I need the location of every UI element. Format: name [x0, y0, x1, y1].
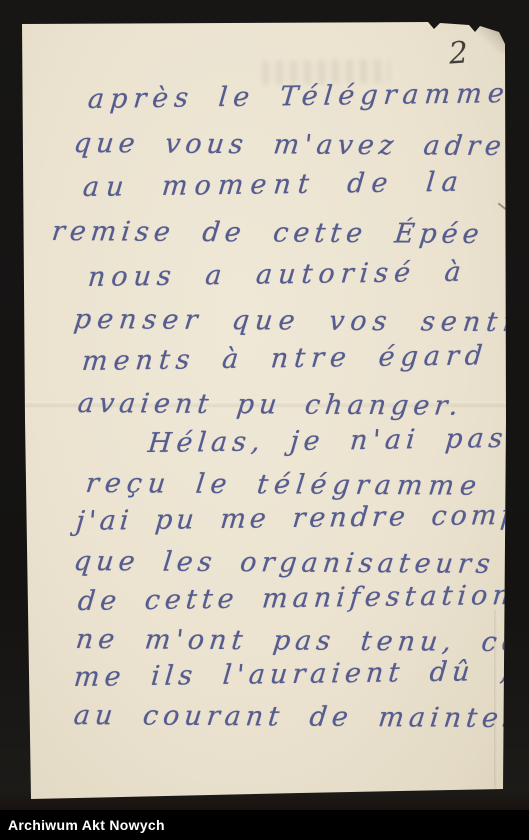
manuscript-line: penser que vos senti-	[72, 304, 529, 338]
manuscript-line: me ils l'auraient dû ,	[73, 656, 515, 693]
archive-watermark-bar: Archiwum Akt Nowych	[0, 810, 529, 840]
manuscript-line: après le Télégramme	[87, 78, 512, 115]
letter-paper: 2 après le Télégramme que vous m'avez ad…	[0, 0, 529, 840]
manuscript-line: remise de cette Épée ,	[50, 216, 526, 250]
scanned-letter-page: 2 après le Télégramme que vous m'avez ad…	[0, 0, 529, 840]
manuscript-line: Hélas, je n'ai pas	[147, 423, 509, 459]
manuscript-line: j'ai pu me rendre compte	[75, 499, 529, 537]
manuscript-line: ne m'ont pas tenu, com-	[74, 624, 529, 658]
manuscript-line: au moment de la	[82, 167, 467, 203]
manuscript-line: que vous m'avez adressé	[72, 128, 529, 162]
manuscript-line: ments à ntre égard	[81, 340, 490, 377]
manuscript-line: avaient pu changer.	[76, 388, 464, 422]
page-number: 2	[448, 35, 469, 71]
paper-edge-mark	[498, 203, 509, 212]
archive-watermark-label: Archiwum Akt Nowych	[8, 817, 165, 833]
manuscript-line: de cette manifestation	[77, 580, 517, 617]
manuscript-line: nous a autorisé à	[87, 257, 469, 293]
manuscript-line: que les organisateurs	[72, 546, 496, 580]
manuscript-line: reçu le télégramme et	[84, 468, 529, 502]
dog-ear-corner-shadow	[475, 24, 509, 54]
manuscript-line: au courant de maintes	[72, 700, 523, 734]
